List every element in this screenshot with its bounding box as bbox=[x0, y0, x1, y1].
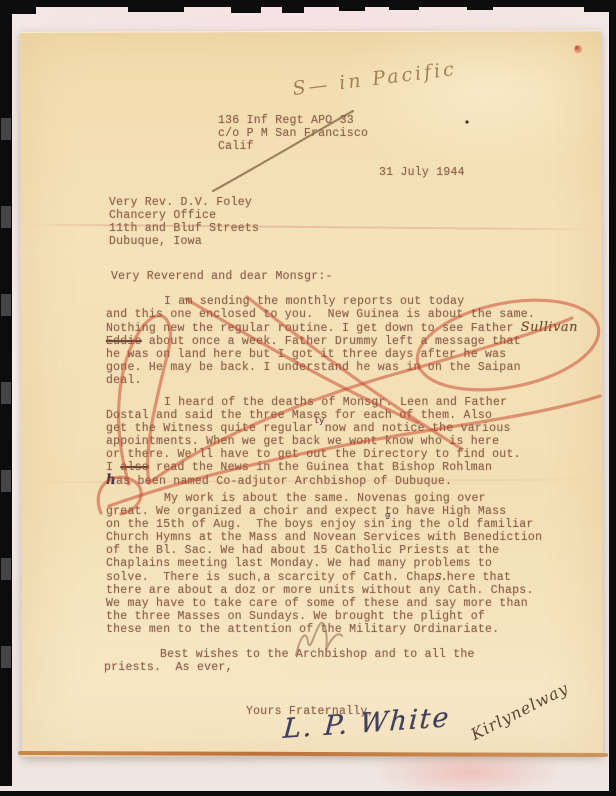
film-notch bbox=[1, 382, 11, 404]
film-tab bbox=[282, 0, 304, 13]
letter-date: 31 July 1944 bbox=[379, 166, 465, 179]
paragraph-3: My work is about the same. Novenas going… bbox=[106, 492, 542, 636]
film-notch bbox=[1, 294, 11, 316]
film-notch bbox=[1, 206, 11, 228]
film-tab bbox=[231, 0, 261, 13]
film-notch bbox=[1, 558, 11, 580]
sender-unit-address: 136 Inf Regt APO 33c/o P M San Francisco… bbox=[218, 114, 368, 153]
film-frame-right bbox=[609, 0, 616, 791]
scanned-letter-page: S— in Pacific 136 Inf Regt APO 33c/o P M… bbox=[0, 0, 616, 796]
film-tab bbox=[339, 0, 365, 11]
film-tab bbox=[128, 0, 184, 12]
film-tab bbox=[389, 0, 419, 10]
paragraph-1: I am sending the monthly reports out tod… bbox=[106, 295, 578, 387]
film-notch bbox=[1, 470, 11, 492]
recipient-address: Very Rev. D.V. FoleyChancery Office11th … bbox=[109, 196, 259, 248]
film-frame-left bbox=[0, 0, 12, 786]
closing-paragraph: Best wishes to the Archbishop and to all… bbox=[104, 648, 475, 674]
film-notch bbox=[1, 646, 11, 668]
film-tab bbox=[467, 0, 493, 10]
film-notch bbox=[1, 118, 11, 140]
film-frame-bottom bbox=[0, 791, 616, 796]
paragraph-2: I heard of the deaths of Monsgr. Leen an… bbox=[106, 396, 521, 488]
salutation: Very Reverend and dear Monsgr:- bbox=[111, 270, 333, 283]
film-frame-top bbox=[0, 0, 616, 7]
